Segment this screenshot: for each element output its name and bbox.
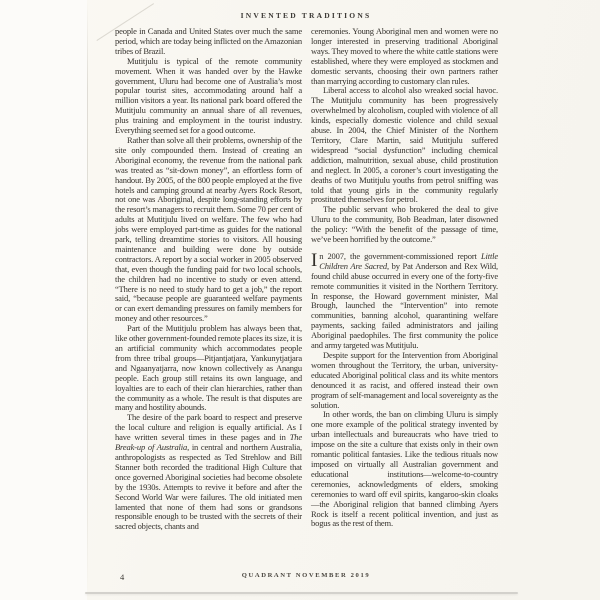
body-text: The public servant who brokered the deal… bbox=[311, 204, 498, 244]
page-left-margin bbox=[0, 0, 87, 600]
paragraph: ceremonies. Young Aboriginal men and wom… bbox=[311, 27, 498, 86]
scanned-page: INVENTED TRADITIONS people in Canada and… bbox=[0, 0, 600, 600]
page-number: 4 bbox=[120, 572, 124, 582]
left-column: people in Canada and United States over … bbox=[115, 27, 302, 532]
paragraph: The desire of the park board to respect … bbox=[115, 413, 302, 532]
body-text: Liberal access to alcohol also wreaked s… bbox=[311, 85, 498, 204]
body-text: Despite support for the Intervention fro… bbox=[311, 350, 498, 410]
page-gutter-line bbox=[87, 0, 88, 592]
body-text: The desire of the park board to respect … bbox=[115, 412, 302, 442]
body-text: n 2007, the government-commissioned repo… bbox=[319, 251, 481, 261]
paragraph: Mutitjulu is typical of the remote commu… bbox=[115, 57, 302, 136]
page-footer: 4 QUADRANT NOVEMBER 2019 bbox=[115, 572, 497, 584]
right-column: ceremonies. Young Aboriginal men and wom… bbox=[311, 27, 498, 532]
body-text: , by Pat Anderson and Rex Wild, found ch… bbox=[311, 261, 498, 350]
running-head: INVENTED TRADITIONS bbox=[115, 5, 497, 23]
paragraph: Liberal access to alcohol also wreaked s… bbox=[311, 86, 498, 205]
body-text: In other words, the ban on climbing Ulur… bbox=[311, 409, 498, 528]
running-head-title: INVENTED TRADITIONS bbox=[241, 11, 372, 20]
drop-cap: I bbox=[311, 252, 319, 270]
paragraph: Part of the Mutitjulu problem has always… bbox=[115, 324, 302, 413]
paragraph: Rather than solve all their problems, ow… bbox=[115, 136, 302, 324]
paragraph: people in Canada and United States over … bbox=[115, 27, 302, 57]
paragraph: In other words, the ban on climbing Ulur… bbox=[311, 410, 498, 529]
body-text: Part of the Mutitjulu problem has always… bbox=[115, 323, 302, 412]
paragraph: Despite support for the Intervention fro… bbox=[311, 351, 498, 410]
journal-line: QUADRANT NOVEMBER 2019 bbox=[115, 572, 497, 579]
text-block: people in Canada and United States over … bbox=[115, 27, 497, 532]
body-text: ceremonies. Young Aboriginal men and wom… bbox=[311, 26, 498, 86]
body-text: Rather than solve all their problems, ow… bbox=[115, 135, 302, 323]
page-bottom-edge bbox=[85, 592, 518, 594]
body-text: , in central and northern Australia, ant… bbox=[115, 442, 302, 531]
body-text: Mutitjulu is typical of the remote commu… bbox=[115, 56, 302, 135]
body-text: people in Canada and United States over … bbox=[115, 26, 302, 56]
paragraph: The public servant who brokered the deal… bbox=[311, 205, 498, 245]
paragraph: In 2007, the government-commissioned rep… bbox=[311, 252, 498, 351]
